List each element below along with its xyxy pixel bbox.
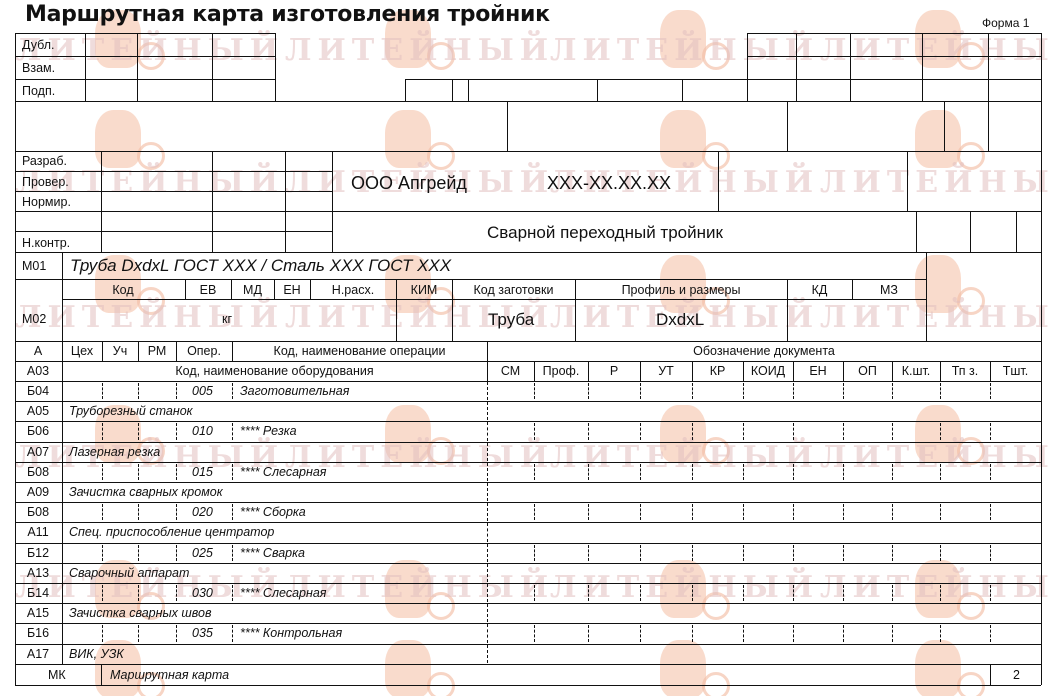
grid-line-dashed bbox=[102, 545, 103, 561]
operation-name: Заготовительная bbox=[240, 385, 349, 398]
grid-line bbox=[15, 361, 487, 362]
label-normir: Нормир. bbox=[22, 196, 71, 209]
grid-line-dashed bbox=[640, 423, 641, 439]
equip-col-header: К.шт. bbox=[892, 365, 940, 378]
grid-line-dashed bbox=[176, 545, 177, 561]
grid-line bbox=[15, 522, 1041, 523]
watermark-text: ЛИТЕЙНЫЙ bbox=[550, 570, 819, 605]
grid-line bbox=[15, 56, 275, 57]
grid-line-dashed bbox=[232, 383, 233, 399]
grid-line bbox=[137, 33, 138, 101]
grid-line bbox=[62, 603, 63, 623]
grid-line bbox=[62, 563, 63, 583]
value-kod-zag: Труба bbox=[488, 311, 534, 328]
row-code: Б08 bbox=[15, 506, 61, 519]
grid-line bbox=[452, 79, 453, 101]
label-podp: Подп. bbox=[22, 85, 55, 98]
organization-name: ООО Апгрейд bbox=[351, 174, 467, 192]
ladle-icon bbox=[702, 142, 730, 170]
grid-line-dashed bbox=[534, 504, 535, 520]
grid-line bbox=[970, 211, 971, 252]
grid-line-dashed bbox=[487, 402, 488, 420]
grid-line-dashed bbox=[487, 443, 488, 461]
grid-line-dashed bbox=[138, 383, 139, 399]
grid-line-dashed bbox=[990, 464, 991, 480]
grid-line-dashed bbox=[940, 545, 941, 561]
grid-line bbox=[718, 151, 719, 211]
equip-col-header: ОП bbox=[843, 365, 892, 378]
grid-line-dashed bbox=[102, 383, 103, 399]
grid-line-dashed bbox=[138, 464, 139, 480]
label-nkontr: Н.контр. bbox=[22, 237, 70, 250]
grid-line bbox=[212, 151, 213, 252]
col-doc: Обозначение документа bbox=[487, 345, 1041, 358]
grid-line-dashed bbox=[138, 504, 139, 520]
grid-line-dashed bbox=[487, 523, 488, 541]
grid-line-dashed bbox=[843, 504, 844, 520]
grid-line bbox=[15, 79, 275, 80]
label-dubl: Дубл. bbox=[22, 39, 55, 52]
foundry-worker-icon bbox=[385, 405, 431, 463]
equip-col-header: ЕН bbox=[793, 365, 843, 378]
grid-line-dashed bbox=[232, 585, 233, 601]
form-label: Форма 1 bbox=[982, 16, 1029, 30]
watermark-text: ЛИТЕЙНЫЙ bbox=[820, 570, 1054, 605]
watermark-text: ЛИТЕЙНЫЙ bbox=[550, 33, 819, 68]
col-md: МД bbox=[231, 284, 274, 297]
grid-line bbox=[15, 341, 1041, 342]
grid-line-dashed bbox=[588, 423, 589, 439]
grid-line bbox=[15, 33, 275, 34]
col-kod-equip: Код, наименование оборудования bbox=[62, 365, 487, 378]
label-prover: Провер. bbox=[22, 176, 69, 189]
row-code: Б12 bbox=[15, 547, 61, 560]
grid-line bbox=[275, 33, 276, 101]
row-code: А07 bbox=[15, 446, 61, 459]
ladle-icon bbox=[427, 672, 455, 696]
grid-line bbox=[747, 33, 748, 101]
grid-line bbox=[15, 252, 1041, 253]
grid-line bbox=[101, 664, 102, 685]
grid-line-dashed bbox=[892, 383, 893, 399]
grid-line-dashed bbox=[990, 504, 991, 520]
grid-line-dashed bbox=[232, 464, 233, 480]
grid-line-dashed bbox=[534, 625, 535, 641]
grid-line-dashed bbox=[843, 423, 844, 439]
col-ev: ЕВ bbox=[185, 284, 231, 297]
grid-line-dashed bbox=[640, 383, 641, 399]
grid-line-dashed bbox=[692, 504, 693, 520]
grid-line bbox=[332, 151, 333, 252]
ladle-icon bbox=[427, 42, 455, 70]
grid-line-dashed bbox=[487, 584, 488, 602]
grid-line-dashed bbox=[588, 383, 589, 399]
operation-name: **** Слесарная bbox=[240, 587, 326, 600]
grid-line-dashed bbox=[138, 423, 139, 439]
grid-line-dashed bbox=[990, 423, 991, 439]
grid-line-dashed bbox=[487, 463, 488, 481]
watermark-text: ЛИТЕЙНЫЙ bbox=[285, 33, 554, 68]
grid-line-dashed bbox=[743, 585, 744, 601]
grid-line bbox=[62, 299, 926, 300]
grid-line-dashed bbox=[232, 504, 233, 520]
grid-line-dashed bbox=[138, 585, 139, 601]
operation-number: 030 bbox=[192, 587, 213, 600]
col-rm: РМ bbox=[138, 345, 176, 358]
grid-line-dashed bbox=[843, 585, 844, 601]
grid-line bbox=[62, 644, 63, 664]
grid-line-dashed bbox=[588, 464, 589, 480]
grid-line-dashed bbox=[176, 423, 177, 439]
grid-line bbox=[212, 33, 213, 101]
row-code-m01: М01 bbox=[22, 260, 46, 273]
grid-line bbox=[796, 33, 797, 101]
grid-line-dashed bbox=[843, 625, 844, 641]
grid-line bbox=[15, 644, 1041, 645]
grid-line bbox=[62, 482, 63, 502]
grid-line bbox=[944, 101, 945, 151]
footer-doc-name: Маршрутная карта bbox=[110, 669, 229, 682]
grid-line bbox=[62, 623, 63, 643]
grid-line-dashed bbox=[743, 423, 744, 439]
watermark-text: ЛИТЕЙНЫЙ bbox=[820, 165, 1054, 200]
col-profile: Профиль и размеры bbox=[575, 284, 787, 297]
grid-line-dashed bbox=[892, 464, 893, 480]
grid-line-dashed bbox=[232, 625, 233, 641]
foundry-worker-icon bbox=[915, 640, 961, 696]
label-razrab: Разраб. bbox=[22, 155, 67, 168]
grid-line-dashed bbox=[487, 604, 488, 622]
grid-line-dashed bbox=[743, 504, 744, 520]
equipment-name: Зачистка сварных кромок bbox=[69, 486, 223, 499]
grid-line-dashed bbox=[990, 585, 991, 601]
grid-line bbox=[907, 151, 908, 211]
grid-line-dashed bbox=[487, 624, 488, 642]
grid-line-dashed bbox=[640, 504, 641, 520]
grid-line bbox=[62, 543, 63, 563]
grid-line bbox=[15, 623, 1041, 624]
ladle-icon bbox=[427, 592, 455, 620]
value-ev: кг bbox=[222, 313, 232, 326]
grid-line-dashed bbox=[487, 422, 488, 440]
foundry-worker-icon bbox=[660, 110, 706, 168]
watermark-text: ЛИТЕЙНЫЙ bbox=[15, 300, 284, 335]
ladle-icon bbox=[957, 592, 985, 620]
grid-line-dashed bbox=[892, 504, 893, 520]
grid-line bbox=[15, 279, 926, 280]
col-en: ЕН bbox=[274, 284, 310, 297]
grid-line-dashed bbox=[640, 545, 641, 561]
grid-line-dashed bbox=[487, 544, 488, 562]
grid-line bbox=[682, 79, 683, 101]
grid-line-dashed bbox=[102, 625, 103, 641]
grid-line bbox=[507, 101, 508, 151]
grid-line-dashed bbox=[793, 545, 794, 561]
equip-col-header: Проф. bbox=[534, 365, 588, 378]
grid-line-dashed bbox=[232, 545, 233, 561]
foundry-worker-icon bbox=[915, 110, 961, 168]
grid-line bbox=[405, 79, 406, 101]
grid-line bbox=[15, 442, 1041, 443]
grid-line-dashed bbox=[940, 464, 941, 480]
col-uch: Уч bbox=[102, 345, 138, 358]
grid-line-dashed bbox=[692, 545, 693, 561]
grid-line-dashed bbox=[793, 585, 794, 601]
foundry-worker-icon bbox=[660, 405, 706, 463]
operation-number: 015 bbox=[192, 466, 213, 479]
row-code: Б16 bbox=[15, 627, 61, 640]
grid-line-dashed bbox=[892, 625, 893, 641]
operation-number: 010 bbox=[192, 425, 213, 438]
col-oper: Опер. bbox=[176, 345, 232, 358]
grid-line bbox=[15, 101, 1041, 102]
row-code: А09 bbox=[15, 486, 61, 499]
foundry-worker-icon bbox=[385, 110, 431, 168]
grid-line bbox=[597, 79, 598, 101]
grid-line bbox=[15, 151, 1041, 152]
grid-line bbox=[1041, 33, 1042, 101]
operation-name: **** Слесарная bbox=[240, 466, 326, 479]
grid-line bbox=[15, 482, 1041, 483]
grid-line-dashed bbox=[692, 464, 693, 480]
grid-line bbox=[15, 664, 1041, 665]
grid-line bbox=[62, 442, 63, 462]
grid-line bbox=[1016, 211, 1017, 252]
grid-line-dashed bbox=[743, 545, 744, 561]
foundry-worker-icon bbox=[915, 405, 961, 463]
col-kod-zag: Код заготовки bbox=[452, 284, 575, 297]
equipment-name: Труборезный станок bbox=[69, 405, 193, 418]
equip-col-header: Р bbox=[588, 365, 640, 378]
grid-line-dashed bbox=[793, 464, 794, 480]
grid-line-dashed bbox=[692, 383, 693, 399]
equip-col-header: Тшт. bbox=[990, 365, 1041, 378]
grid-line bbox=[468, 79, 469, 101]
grid-line-dashed bbox=[487, 382, 488, 400]
grid-line-dashed bbox=[892, 545, 893, 561]
grid-line-dashed bbox=[176, 625, 177, 641]
grid-line-dashed bbox=[176, 464, 177, 480]
grid-line-dashed bbox=[138, 625, 139, 641]
foundry-worker-icon bbox=[660, 10, 706, 68]
grid-line-dashed bbox=[793, 625, 794, 641]
grid-line-dashed bbox=[102, 585, 103, 601]
foundry-worker-icon bbox=[385, 560, 431, 618]
grid-line bbox=[747, 33, 1041, 34]
watermark-text: ЛИТЕЙНЫЙ bbox=[15, 33, 284, 68]
material-text: Труба DxdxL ГОСТ ХХХ / Сталь ХХХ ГОСТ ХХ… bbox=[70, 257, 451, 274]
grid-line bbox=[62, 502, 63, 522]
grid-line bbox=[85, 33, 86, 101]
grid-line bbox=[15, 502, 1041, 503]
grid-line bbox=[15, 33, 16, 101]
operation-number: 020 bbox=[192, 506, 213, 519]
operation-number: 025 bbox=[192, 547, 213, 560]
grid-line bbox=[15, 401, 1041, 402]
grid-line-dashed bbox=[990, 383, 991, 399]
ladle-icon bbox=[957, 287, 985, 315]
grid-line-dashed bbox=[534, 423, 535, 439]
foundry-worker-icon bbox=[915, 560, 961, 618]
grid-line bbox=[787, 101, 788, 151]
operation-name: **** Сварка bbox=[240, 547, 305, 560]
grid-line-dashed bbox=[588, 545, 589, 561]
equip-col-header: Тп з. bbox=[940, 365, 990, 378]
grid-line-dashed bbox=[940, 585, 941, 601]
product-name: Сварной переходный тройник bbox=[487, 224, 723, 241]
grid-line-dashed bbox=[892, 585, 893, 601]
page-number: 2 bbox=[1013, 669, 1020, 682]
ladle-icon bbox=[702, 592, 730, 620]
grid-line bbox=[15, 421, 1041, 422]
grid-line-dashed bbox=[534, 383, 535, 399]
equipment-name: Зачистка сварных швов bbox=[69, 607, 212, 620]
equip-col-header: СМ bbox=[487, 365, 534, 378]
grid-line bbox=[15, 583, 1041, 584]
grid-line-dashed bbox=[102, 464, 103, 480]
grid-line bbox=[62, 381, 63, 401]
grid-line-dashed bbox=[138, 545, 139, 561]
grid-line-dashed bbox=[102, 504, 103, 520]
equip-col-header: КОИД bbox=[743, 365, 793, 378]
grid-line-dashed bbox=[843, 383, 844, 399]
grid-line-dashed bbox=[640, 585, 641, 601]
grid-line-dashed bbox=[534, 545, 535, 561]
ladle-icon bbox=[702, 672, 730, 696]
row-code: А11 bbox=[15, 526, 61, 539]
grid-line-dashed bbox=[692, 423, 693, 439]
grid-line-dashed bbox=[588, 625, 589, 641]
watermark-text: ЛИТЕЙНЫЙ bbox=[820, 440, 1054, 475]
grid-line bbox=[101, 151, 102, 252]
grid-line-dashed bbox=[793, 423, 794, 439]
grid-line-dashed bbox=[487, 645, 488, 663]
ladle-icon bbox=[702, 42, 730, 70]
col-kim: КИМ bbox=[396, 284, 452, 297]
grid-line-dashed bbox=[743, 625, 744, 641]
operation-name: **** Резка bbox=[240, 425, 297, 438]
grid-line bbox=[15, 685, 1041, 686]
row-code: Б14 bbox=[15, 587, 61, 600]
grid-line-dashed bbox=[534, 585, 535, 601]
operation-name: **** Контрольная bbox=[240, 627, 342, 640]
grid-line-dashed bbox=[990, 625, 991, 641]
equip-col-header: УТ bbox=[640, 365, 692, 378]
grid-line-dashed bbox=[102, 423, 103, 439]
grid-line bbox=[988, 101, 989, 151]
watermark-text: ЛИТЕЙНЫЙ bbox=[550, 440, 819, 475]
grid-line-dashed bbox=[692, 585, 693, 601]
grid-line-dashed bbox=[843, 464, 844, 480]
row-code-m02: М02 bbox=[22, 313, 46, 326]
col-a: А bbox=[15, 345, 61, 358]
row-code: А05 bbox=[15, 405, 61, 418]
grid-line bbox=[850, 33, 851, 101]
grid-line-dashed bbox=[588, 504, 589, 520]
page-title: Маршрутная карта изготовления тройник bbox=[25, 2, 550, 27]
row-code: А17 bbox=[15, 648, 61, 661]
grid-line-dashed bbox=[232, 423, 233, 439]
col-ceh: Цех bbox=[62, 345, 102, 358]
grid-line-dashed bbox=[793, 504, 794, 520]
grid-line-dashed bbox=[940, 423, 941, 439]
operation-name: **** Сборка bbox=[240, 506, 306, 519]
equipment-name: Спец. приспособление центратор bbox=[69, 526, 274, 539]
grid-line-dashed bbox=[487, 483, 488, 501]
grid-line bbox=[62, 583, 63, 603]
row-code: Б04 bbox=[15, 385, 61, 398]
equipment-name: ВИК, УЗК bbox=[69, 648, 124, 661]
grid-line-dashed bbox=[487, 564, 488, 582]
ladle-icon bbox=[957, 672, 985, 696]
watermark-text: ЛИТЕЙНЫЙ bbox=[820, 33, 1054, 68]
ladle-icon bbox=[137, 142, 165, 170]
grid-line bbox=[916, 211, 917, 252]
grid-line bbox=[747, 56, 1041, 57]
footer-mk: МК bbox=[48, 669, 66, 682]
ladle-icon bbox=[957, 142, 985, 170]
watermark-text: ЛИТЕЙНЫЙ bbox=[820, 300, 1054, 335]
grid-line-dashed bbox=[793, 383, 794, 399]
col-mz: МЗ bbox=[852, 284, 926, 297]
col-kod: Код bbox=[62, 284, 184, 297]
grid-line-dashed bbox=[940, 383, 941, 399]
grid-line-dashed bbox=[640, 464, 641, 480]
grid-line-dashed bbox=[588, 585, 589, 601]
grid-line-dashed bbox=[692, 625, 693, 641]
operation-number: 005 bbox=[192, 385, 213, 398]
row-code: Б08 bbox=[15, 466, 61, 479]
grid-line-dashed bbox=[940, 504, 941, 520]
grid-line-dashed bbox=[176, 504, 177, 520]
operation-number: 035 bbox=[192, 627, 213, 640]
grid-line bbox=[62, 522, 63, 542]
ladle-icon bbox=[427, 142, 455, 170]
equipment-name: Лазерная резка bbox=[69, 446, 160, 459]
grid-line-dashed bbox=[843, 545, 844, 561]
grid-line-dashed bbox=[743, 383, 744, 399]
grid-line bbox=[15, 381, 1041, 382]
grid-line bbox=[15, 603, 1041, 604]
row-code: А13 bbox=[15, 567, 61, 580]
grid-line-dashed bbox=[487, 503, 488, 521]
equipment-name: Сварочный аппарат bbox=[69, 567, 189, 580]
grid-line bbox=[15, 563, 1041, 564]
grid-line-dashed bbox=[176, 383, 177, 399]
row-code: Б06 bbox=[15, 425, 61, 438]
col-kd: КД bbox=[787, 284, 852, 297]
grid-line-dashed bbox=[892, 423, 893, 439]
foundry-worker-icon bbox=[660, 640, 706, 696]
grid-line bbox=[990, 664, 991, 685]
grid-line bbox=[926, 252, 927, 341]
grid-line bbox=[405, 79, 1041, 80]
grid-line-dashed bbox=[743, 464, 744, 480]
grid-line bbox=[62, 401, 63, 421]
row-code-a03: А03 bbox=[15, 365, 61, 378]
grid-line bbox=[15, 543, 1041, 544]
equip-col-header: КР bbox=[692, 365, 743, 378]
col-nrash: Н.расх. bbox=[310, 284, 396, 297]
grid-line bbox=[1041, 101, 1042, 685]
grid-line-dashed bbox=[534, 464, 535, 480]
col-kod-oper: Код, наименование операции bbox=[232, 345, 487, 358]
foundry-worker-icon bbox=[660, 560, 706, 618]
grid-line bbox=[487, 361, 1041, 362]
label-vzam: Взам. bbox=[22, 62, 55, 75]
row-code: А15 bbox=[15, 607, 61, 620]
grid-line bbox=[332, 211, 1041, 212]
